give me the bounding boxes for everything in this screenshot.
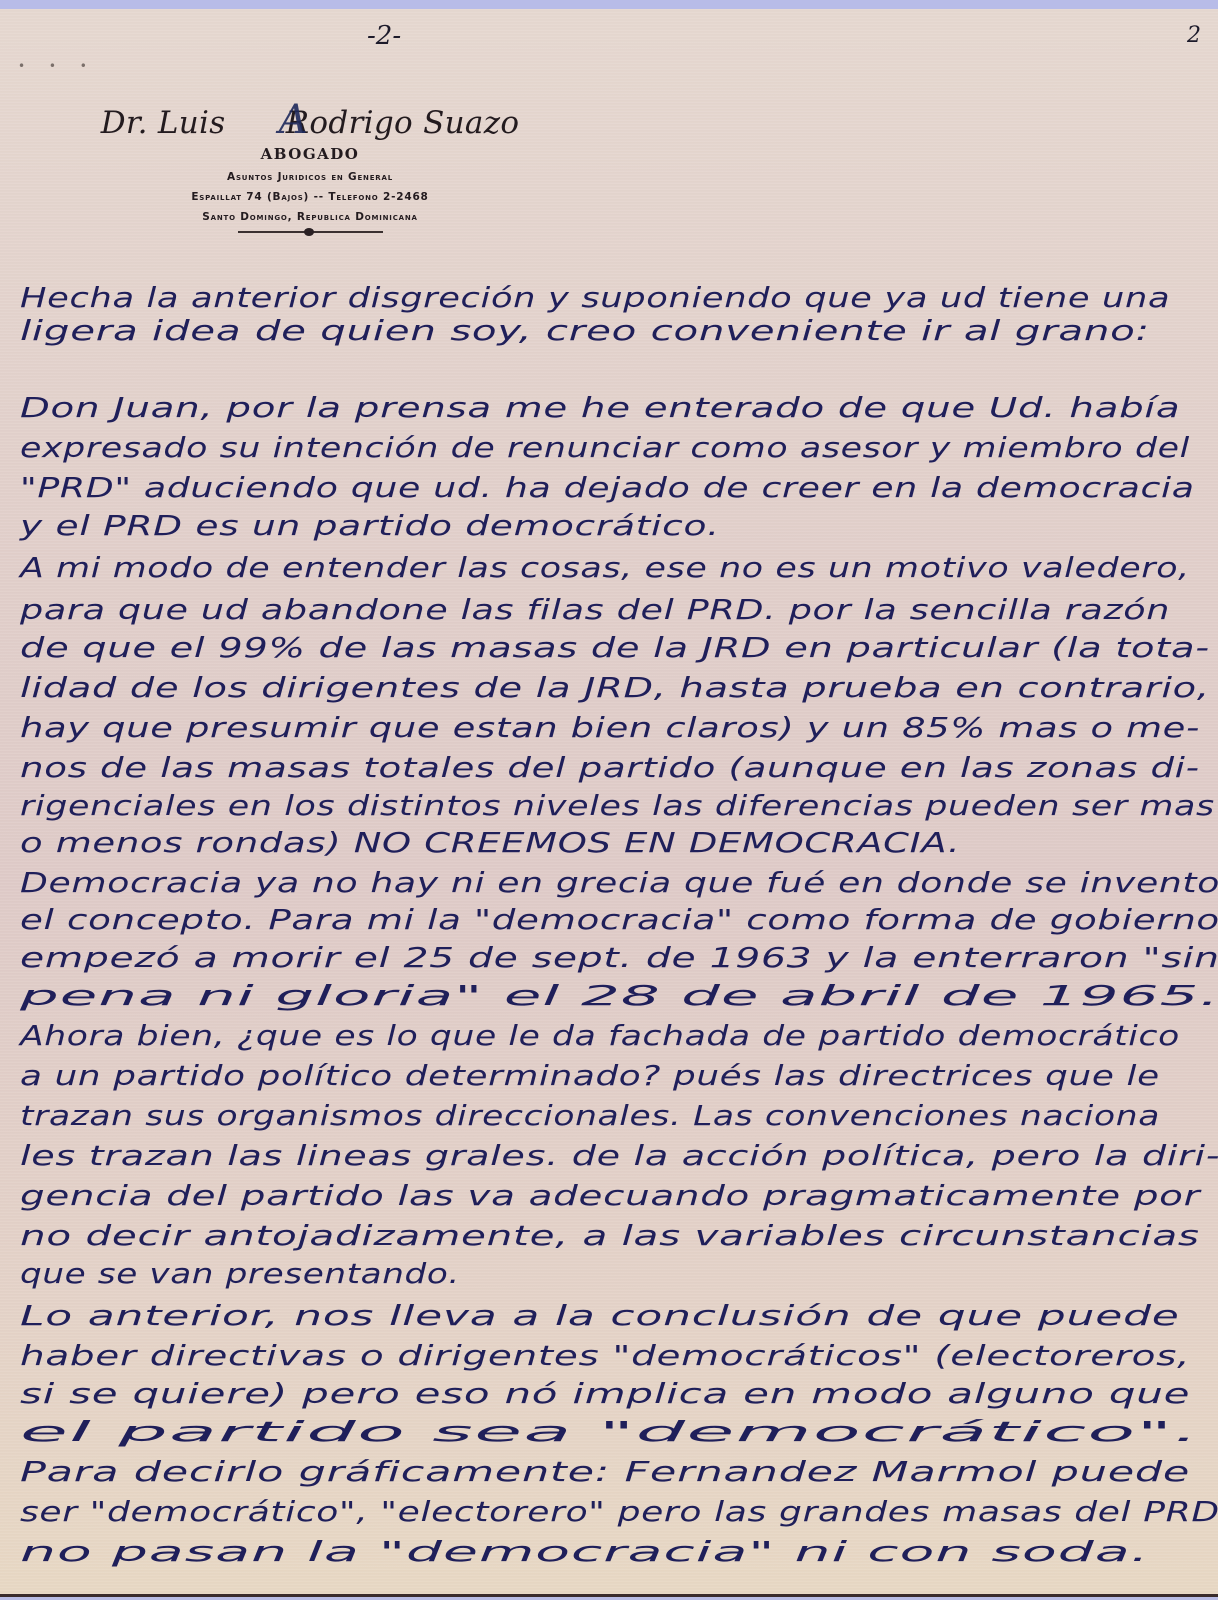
handwritten-line: si se quiere) pero eso nó implica en mod… [20,1377,1190,1410]
handwritten-line: haber directivas o dirigentes "democráti… [20,1339,1190,1372]
letter-page: • • • -2- 2 Dr. Luis Rodrigo Suazo A ABO… [0,9,1218,1597]
handwritten-line: Don Juan, por la prensa me he enterado d… [20,391,1180,424]
page-bottom-edge [0,1594,1218,1597]
handwritten-line: Para decirlo gráficamente: Fernandez Mar… [20,1455,1190,1488]
handwritten-line: nos de las masas totales del partido (au… [20,751,1200,784]
handwritten-line: de que el 99% de las masas de la JRD en … [20,631,1210,664]
name-prefix: Dr. Luis [101,105,226,141]
letterhead-services: Asuntos Juridicos en General [60,171,560,183]
page-number-corner: 2 [1187,23,1201,48]
crossed-initial: A [279,97,308,143]
letterhead-name: Dr. Luis Rodrigo Suazo A [101,105,520,141]
handwritten-line: expresado su intención de renunciar como… [20,431,1190,464]
handwritten-line: "PRD" aduciendo que ud. ha dejado de cre… [20,471,1195,504]
letterhead-address: Espaillat 74 (Bajos) -- Telefono 2-2468 [60,191,560,203]
handwritten-line: no pasan la "democracia" ni con soda. [20,1535,1150,1568]
handwritten-line: pena ni gloria" el 28 de abril de 1965. [20,979,1218,1012]
handwritten-line: hay que presumir que estan bien claros) … [20,711,1200,744]
handwritten-line: el partido sea "democrático". [20,1415,1200,1448]
punch-marks: • • • [18,59,97,73]
handwritten-line: trazan sus organismos direccionales. Las… [20,1099,1160,1132]
handwritten-line: no decir antojadizamente, a las variable… [20,1219,1200,1252]
handwritten-line: el concepto. Para mi la "democracia" com… [20,903,1218,936]
letterhead-profession: ABOGADO [60,145,560,163]
handwritten-line: Ahora bien, ¿que es lo que le da fachada… [20,1019,1180,1052]
handwritten-line: gencia del partido las va adecuando prag… [20,1179,1200,1212]
handwritten-line: para que ud abandone las filas del PRD. … [20,593,1170,626]
name-suffix: Rodrigo Suazo [286,105,520,141]
handwritten-line: Lo anterior, nos lleva a la conclusión d… [20,1299,1180,1332]
scan-background-strip [0,0,1218,9]
handwritten-line: Hecha la anterior disgreción y suponiend… [20,281,1170,314]
handwritten-line: lidad de los dirigentes de la JRD, hasta… [20,671,1210,704]
handwritten-line: o menos rondas) NO CREEMOS EN DEMOCRACIA… [20,826,960,859]
handwritten-line: ser "democrático", "electorero" pero las… [20,1495,1218,1528]
handwritten-line: a un partido político determinado? pués … [20,1059,1160,1092]
letterhead: Dr. Luis Rodrigo Suazo A ABOGADO Asuntos… [60,105,560,233]
handwritten-line: ligera idea de quien soy, creo convenien… [20,314,1150,347]
handwritten-line: les trazan las lineas grales. de la acci… [20,1139,1218,1172]
handwritten-line: A mi modo de entender las cosas, ese no … [20,551,1190,584]
handwritten-line: Democracia ya no hay ni en grecia que fu… [20,866,1218,899]
letterhead-city: Santo Domingo, Republica Dominicana [60,211,560,223]
handwritten-line: y el PRD es un partido democrático. [20,509,720,542]
page-number-center: -2- [367,21,401,51]
handwritten-line: que se van presentando. [20,1257,460,1290]
letterhead-ornament [238,231,383,233]
handwritten-line: rigenciales en los distintos niveles las… [20,789,1215,822]
handwritten-line: empezó a morir el 25 de sept. de 1963 y … [20,941,1218,974]
